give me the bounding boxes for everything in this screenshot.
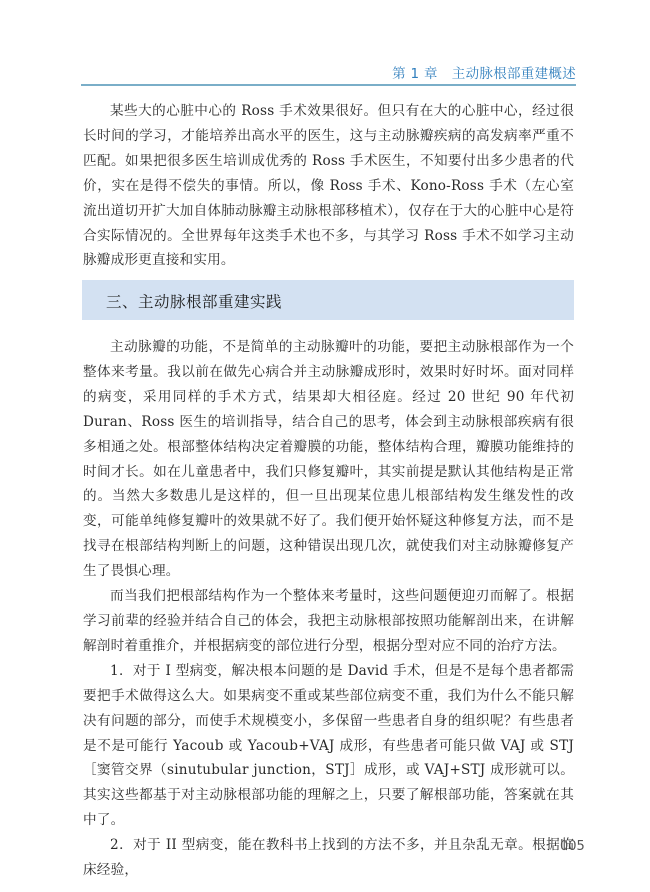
body-paragraph: 主动脉瓣的功能，不是简单的主动脉瓣叶的功能，要把主动脉根部作为一个整体来考量。我… <box>83 335 574 584</box>
running-header: 第 1 章主动脉根部重建概述 <box>82 62 576 84</box>
body-paragraph: 2．对于 II 型病变，能在教科书上找到的方法不多，并且杂乱无章。根据临床经验， <box>83 833 574 883</box>
header-rule <box>81 84 576 86</box>
chapter-number: 第 1 章 <box>392 66 438 82</box>
intro-section: 某些大的心脏中心的 Ross 手术效果很好。但只有在大的心脏中心，经过很长时间的… <box>83 99 574 273</box>
body-paragraph: 某些大的心脏中心的 Ross 手术效果很好。但只有在大的心脏中心，经过很长时间的… <box>83 99 574 273</box>
section-body: 主动脉瓣的功能，不是简单的主动脉瓣叶的功能，要把主动脉根部作为一个整体来考量。我… <box>83 335 574 883</box>
page-number: 005 <box>560 839 585 854</box>
chapter-title: 主动脉根部重建概述 <box>452 66 576 82</box>
section-title: 三、主动脉根部重建实践 <box>106 290 282 312</box>
section-heading-band: 三、主动脉根部重建实践 <box>82 280 574 320</box>
body-paragraph: 1．对于 I 型病变，解决根本问题的是 David 手术，但是不是每个患者都需要… <box>83 659 574 833</box>
body-paragraph: 而当我们把根部结构作为一个整体来考量时，这些问题便迎刃而解了。根据学习前辈的经验… <box>83 584 574 659</box>
